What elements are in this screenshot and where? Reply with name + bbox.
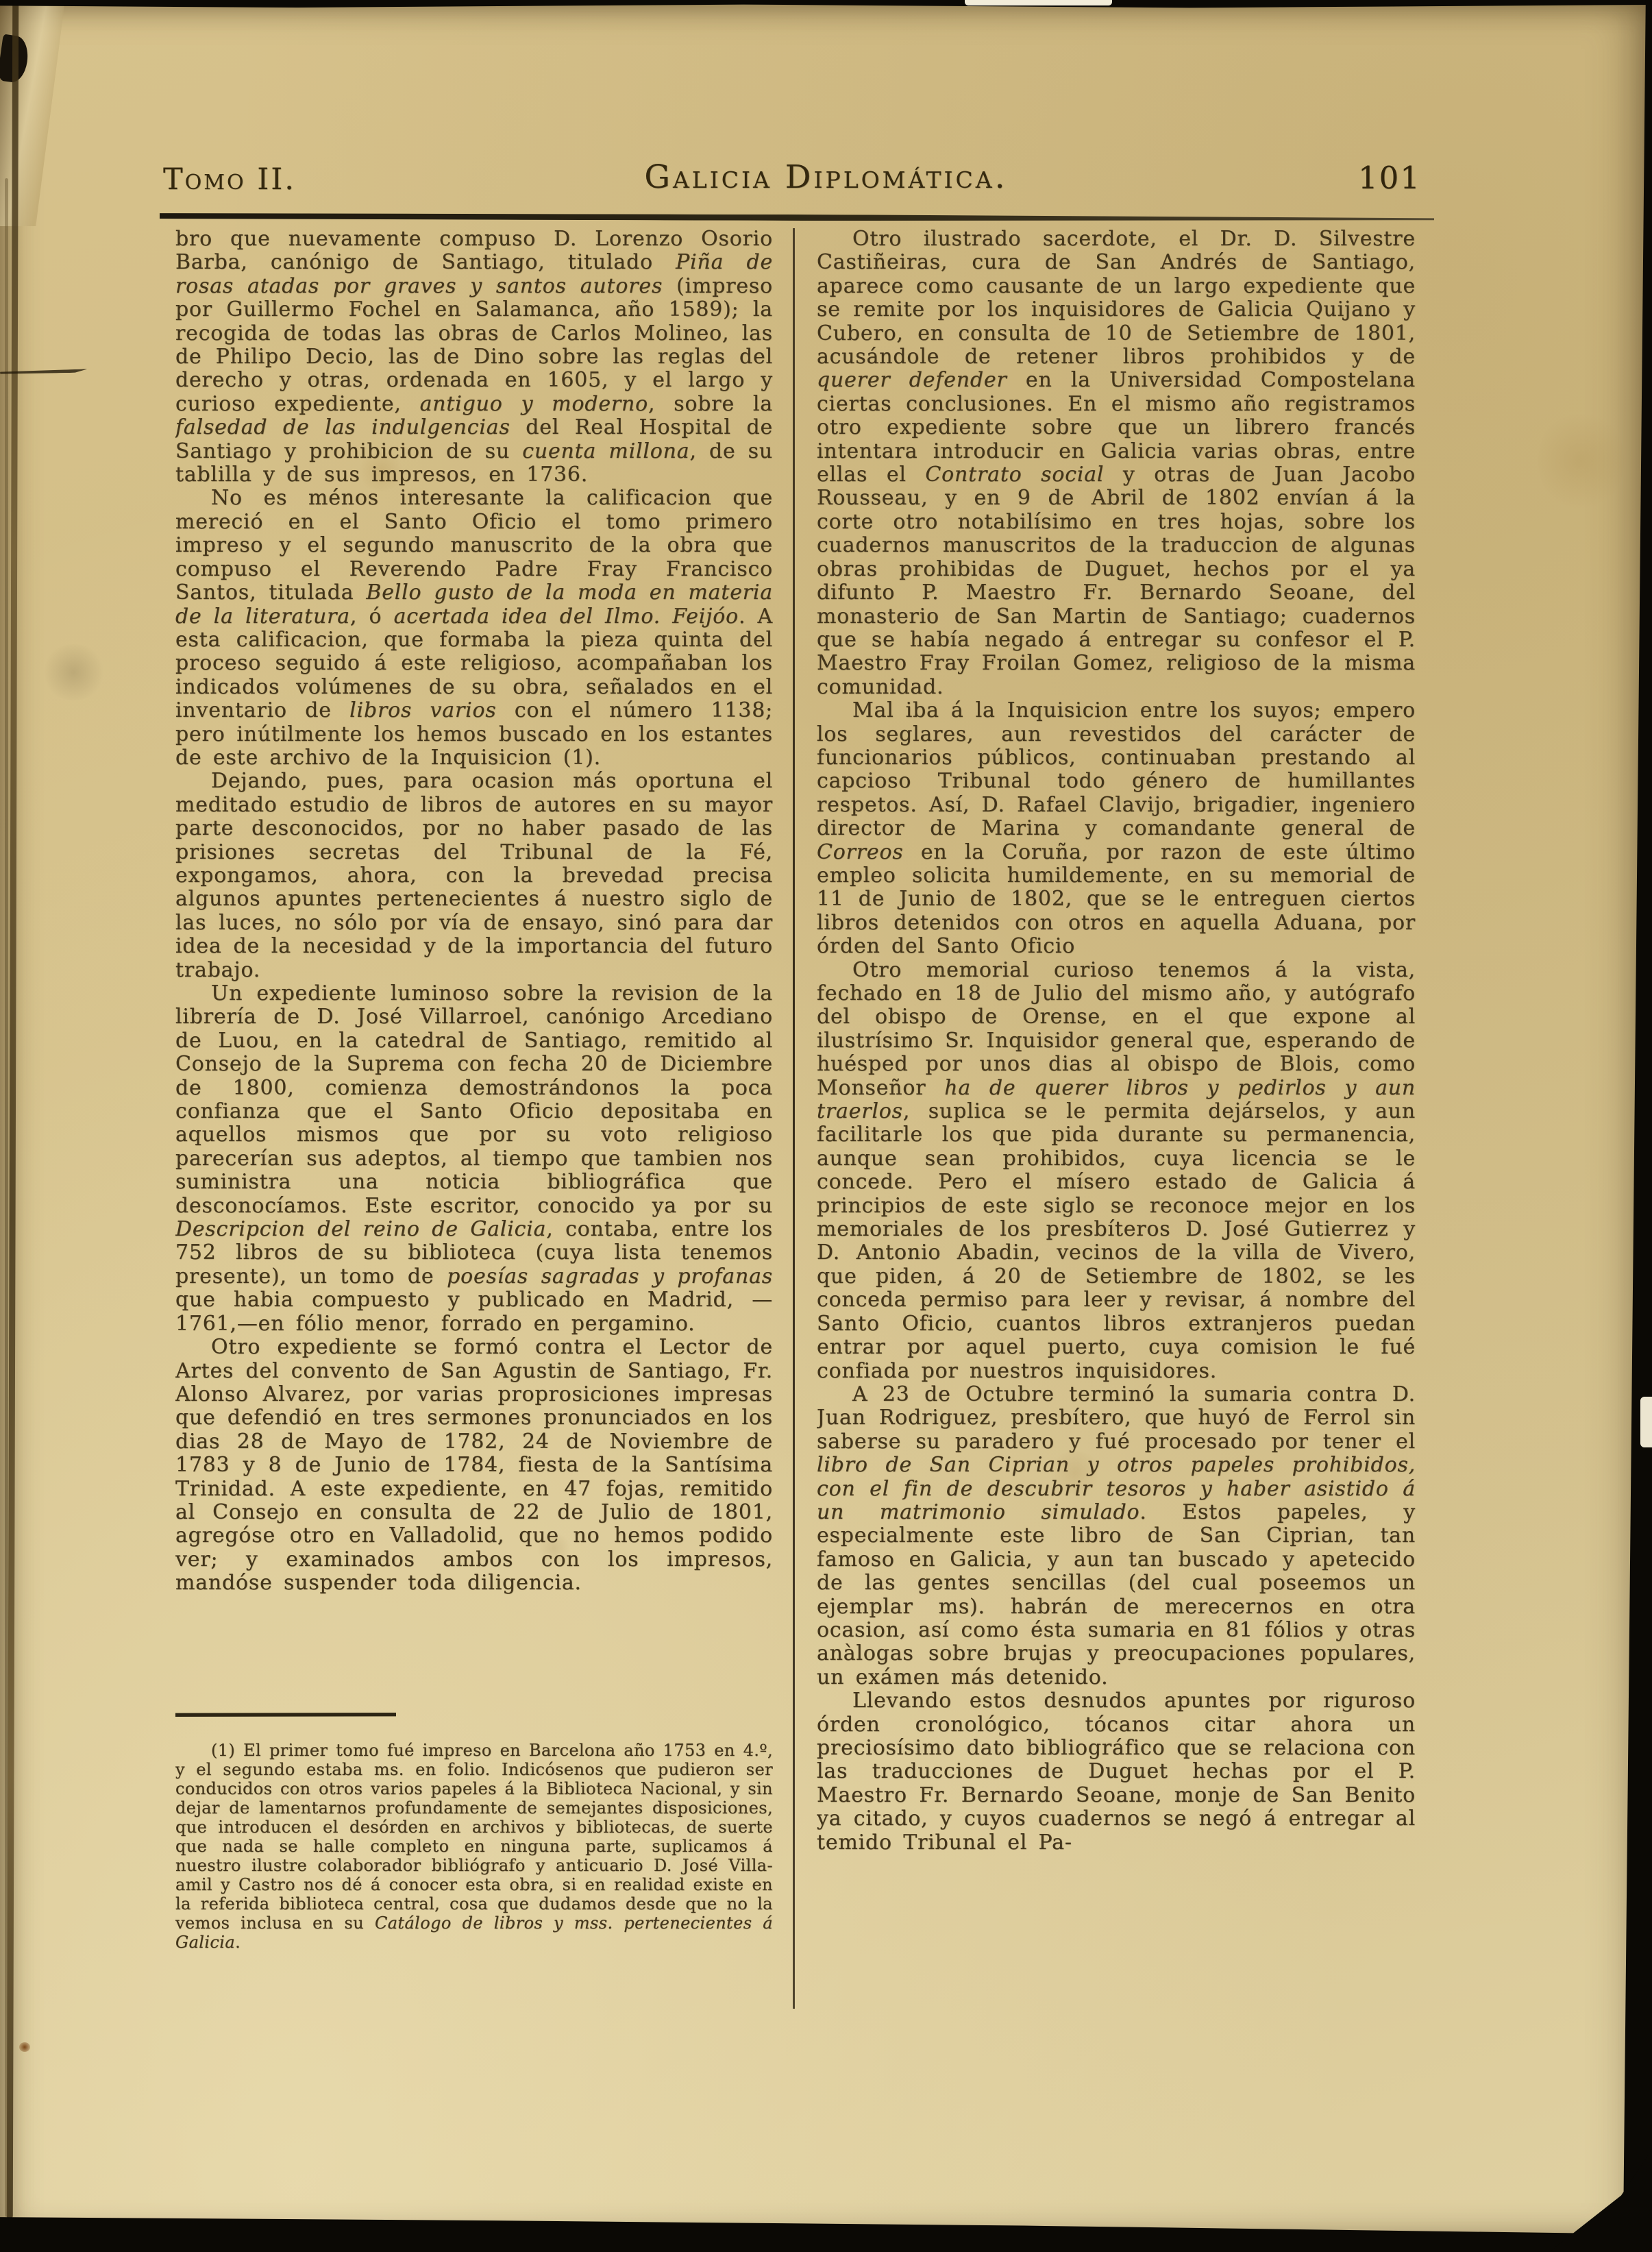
- text-run: (1) El primer tomo fué impreso en Barcel…: [175, 1741, 773, 1933]
- stain: [41, 644, 106, 700]
- column-divider-rule: [793, 228, 795, 2009]
- paragraph: (1) El primer tomo fué impreso en Barcel…: [175, 1741, 773, 1952]
- paragraph: bro que nuevamente compuso D. Lorenzo Os…: [175, 228, 773, 487]
- paragraph: Un expediente luminoso sobre la revision…: [175, 982, 773, 1336]
- text-run: Otro expediente se formó contra el Lecto…: [175, 1335, 773, 1595]
- text-run: A 23 de Octubre terminó la sumaria contr…: [817, 1382, 1416, 1454]
- paragraph: Otro expediente se formó contra el Lecto…: [175, 1336, 773, 1595]
- text-run: Otro ilustrado sacerdote, el Dr. D. Silv…: [817, 228, 1416, 369]
- stain: [1538, 408, 1624, 514]
- paragraph: Mal iba á la Inquisicion entre los suyos…: [817, 699, 1416, 958]
- left-column-footnote: (1) El primer tomo fué impreso en Barcel…: [175, 1741, 773, 2014]
- text-run: Un expediente luminoso sobre la revision…: [175, 981, 773, 1218]
- text-run: en la Coruña, por razon de este último e…: [817, 840, 1416, 959]
- paragraph: Llevando estos desnudos apuntes por rigu…: [817, 1689, 1416, 1855]
- text-run: Mal iba á la Inquisicion entre los suyos…: [817, 698, 1416, 840]
- footnote-separator-rule: [175, 1713, 396, 1717]
- text-run: . Estos papeles, y especialmente este li…: [817, 1500, 1416, 1689]
- italic-text-run: cuenta millona: [522, 439, 689, 463]
- italic-text-run: acertada idea del Ilmo. Feijóo: [394, 604, 739, 628]
- text-run: Dejando, pues, para ocasion más oportuna…: [175, 769, 773, 981]
- paragraph: Dejando, pues, para ocasion más oportuna…: [175, 770, 773, 982]
- text-run: Llevando estos desnudos apuntes por rigu…: [817, 1689, 1416, 1854]
- text-run: , suplica se le permita dejárselos, y au…: [817, 1099, 1416, 1382]
- italic-text-run: Descripcion del reino de Galicia: [175, 1217, 546, 1241]
- scanner-light-gap-top: [965, 0, 1112, 5]
- page-number: 101: [1342, 160, 1438, 196]
- italic-text-run: antiguo y moderno: [420, 392, 648, 416]
- italic-text-run: falsedad de las indulgencias: [175, 415, 510, 439]
- gutter-crease-secondary: [5, 178, 8, 2217]
- italic-text-run: poesías sagradas y profanas: [447, 1264, 773, 1288]
- paragraph: No es ménos interesante la calificacion …: [175, 487, 773, 770]
- text-run: , ó: [350, 604, 394, 628]
- scanned-book-page: Tomo II. Galicia Diplomática. 101 bro qu…: [0, 0, 1652, 2252]
- paragraph: Otro memorial curioso tenemos á la vista…: [817, 959, 1416, 1383]
- gutter-crease: [7, 0, 19, 2219]
- scanner-light-gap-right: [1640, 1397, 1652, 1447]
- right-column: Otro ilustrado sacerdote, el Dr. D. Silv…: [817, 228, 1416, 2029]
- paper-surface: Tomo II. Galicia Diplomática. 101 bro qu…: [0, 0, 1652, 2252]
- text-run: que habia compuesto y publicado en Madri…: [175, 1288, 773, 1335]
- italic-text-run: Contrato social: [925, 463, 1104, 487]
- text-run: .: [235, 1933, 241, 1952]
- text-run: , sobre la: [648, 392, 773, 416]
- italic-text-run: Correos: [817, 840, 904, 864]
- paragraph: A 23 de Octubre terminó la sumaria contr…: [817, 1383, 1416, 1689]
- header-rule: [160, 213, 1434, 223]
- italic-text-run: libros varios: [349, 698, 496, 722]
- left-column: bro que nuevamente compuso D. Lorenzo Os…: [175, 228, 773, 1701]
- rust-spot: [19, 2042, 30, 2052]
- text-run: y otras de Juan Jacobo Rousseau, y en 9 …: [817, 463, 1416, 699]
- paragraph: Otro ilustrado sacerdote, el Dr. D. Silv…: [817, 228, 1416, 699]
- italic-text-run: querer defender: [817, 368, 1007, 392]
